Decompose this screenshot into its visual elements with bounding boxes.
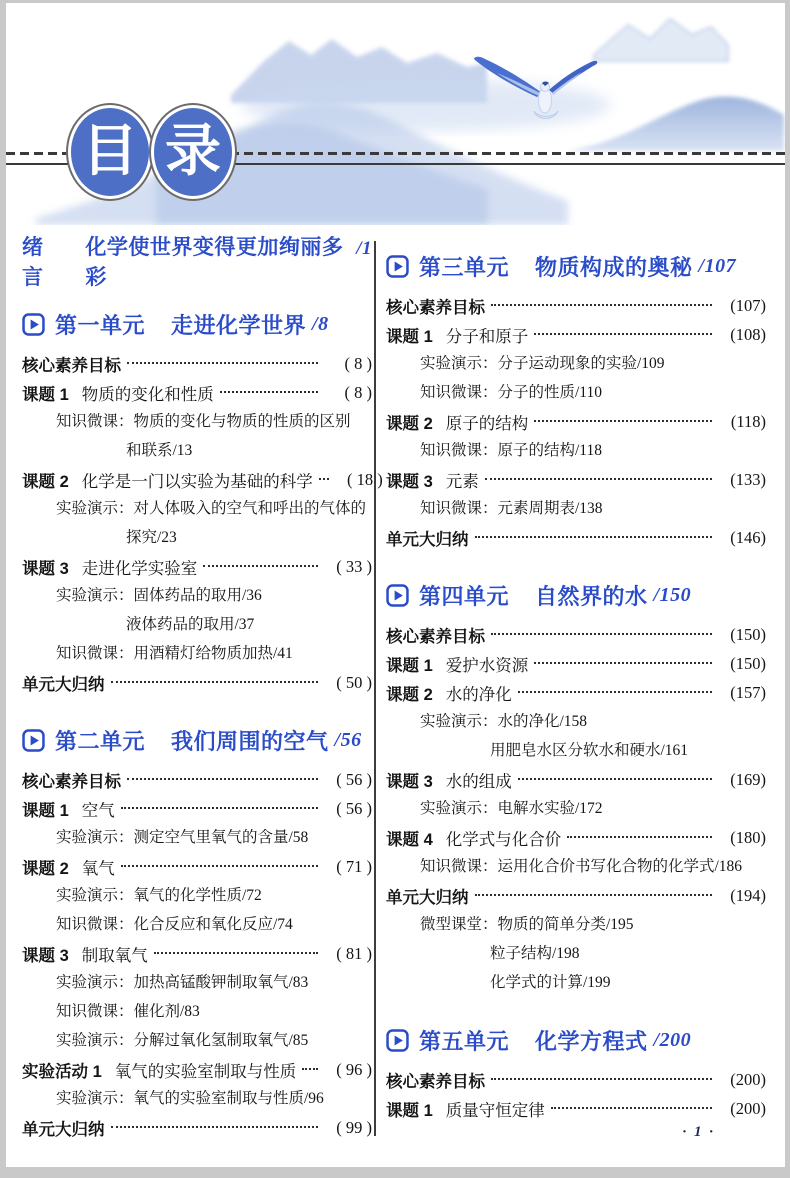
toc-sub-entry: 实验演示：水的净化/158 (386, 707, 766, 736)
entry-title: 化学是一门以实验为基础的科学 (82, 468, 313, 492)
entry-label: 核心素养目标 (22, 352, 121, 376)
entry-label: 课题 2 (22, 855, 69, 879)
toc-entry: 课题 1分子和原子(108) (386, 320, 766, 349)
toc-sub-entry: 知识微课：分子的性质/110 (386, 378, 766, 407)
dot-leader (475, 894, 713, 896)
intro-label: 绪言 (22, 231, 63, 291)
unit-title: 第一单元 (55, 309, 145, 340)
unit-page: /8 (312, 313, 329, 336)
dot-leader (518, 778, 712, 780)
toc-sub-entry: 知识微课：运用化合价书写化合物的化学式/186 (386, 852, 766, 881)
toc-sub-entry: 知识微课：元素周期表/138 (386, 494, 766, 523)
toc-sub-entry: 实验演示：对人体吸入的空气和呼出的气体的 (22, 494, 372, 523)
entry-label: 核心素养目标 (22, 768, 121, 792)
toc-sub-entry: 实验演示：氧气的化学性质/72 (22, 881, 372, 910)
dot-leader (491, 633, 712, 635)
entry-title: 物质的变化和性质 (82, 381, 214, 405)
entry-page: ( 96 ) (322, 1060, 372, 1080)
toc-entry: 核心素养目标(107) (386, 291, 766, 320)
entry-page: ( 56 ) (322, 799, 372, 819)
dot-leader (127, 362, 318, 364)
entry-page: ( 81 ) (322, 944, 372, 964)
unit-heading: 第一单元走进化学世界/8 (22, 307, 372, 341)
entry-label: 课题 1 (386, 652, 433, 676)
entry-page: (200) (716, 1099, 766, 1119)
dot-leader (518, 691, 712, 693)
intro-heading: 绪言化学使世界变得更加绚丽多彩/1 (22, 231, 372, 291)
toc-sub-entry: 知识微课：用酒精灯给物质加热/41 (22, 639, 372, 668)
entry-title: 氧气 (82, 855, 115, 879)
entry-label: 核心素养目标 (386, 623, 485, 647)
dot-leader (534, 333, 712, 335)
unit-title: 第三单元 (419, 251, 509, 282)
toc-sub-entry: 实验演示：氧气的实验室制取与性质/96 (22, 1084, 372, 1113)
dot-leader (551, 1107, 712, 1109)
toc-sub-entry: 知识微课：物质的变化与物质的性质的区别 (22, 407, 372, 436)
toc-sub-entry: 粒子结构/198 (386, 939, 766, 968)
entry-title: 制取氧气 (82, 942, 148, 966)
dot-leader (475, 536, 713, 538)
entry-label: 课题 3 (22, 555, 69, 579)
dot-leader (220, 391, 318, 393)
entry-page: (108) (716, 325, 766, 345)
entry-title: 空气 (82, 797, 115, 821)
entry-label: 课题 2 (386, 410, 433, 434)
dot-leader (485, 478, 712, 480)
entry-label: 课题 3 (22, 942, 69, 966)
entry-label: 实验活动 1 (22, 1058, 102, 1082)
unit-title: 第二单元 (55, 725, 145, 756)
entry-page: ( 8 ) (322, 354, 372, 374)
unit-heading: 第三单元物质构成的奥秘/107 (386, 249, 766, 283)
entry-title: 爱护水资源 (446, 652, 529, 676)
toc-entry: 课题 4化学式与化合价(180) (386, 823, 766, 852)
dot-leader (121, 807, 318, 809)
toc-entry: 课题 3水的组成(169) (386, 765, 766, 794)
logo-circle-2: 录 (149, 103, 237, 201)
toc-entry: 单元大归纳(194) (386, 881, 766, 910)
unit-play-icon (386, 1029, 409, 1052)
toc-entry: 课题 3元素(133) (386, 465, 766, 494)
entry-page: (169) (716, 770, 766, 790)
dot-leader (491, 1078, 712, 1080)
entry-label: 单元大归纳 (386, 526, 469, 550)
toc-sub-entry: 化学式的计算/199 (386, 968, 766, 997)
toc-sub-entry: 用肥皂水区分软水和硬水/161 (386, 736, 766, 765)
entry-label: 课题 3 (386, 468, 433, 492)
toc-sub-entry: 液体药品的取用/37 (22, 610, 372, 639)
entry-label: 课题 1 (22, 381, 69, 405)
dot-leader (154, 952, 318, 954)
dot-leader (111, 1126, 319, 1128)
toc-sub-entry: 知识微课：原子的结构/118 (386, 436, 766, 465)
toc-entry: 核心素养目标(200) (386, 1065, 766, 1094)
entry-page: (133) (716, 470, 766, 490)
dot-leader (302, 1068, 318, 1070)
entry-page: (107) (716, 296, 766, 316)
dot-leader (534, 420, 712, 422)
toc-sub-entry: 实验演示：固体药品的取用/36 (22, 581, 372, 610)
entry-label: 课题 2 (386, 681, 433, 705)
entry-page: ( 50 ) (322, 673, 372, 693)
toc-sub-entry: 实验演示：分解过氧化氢制取氧气/85 (22, 1026, 372, 1055)
entry-page: (146) (716, 528, 766, 548)
unit-subtitle: 自然界的水 (535, 580, 648, 611)
entry-title: 化学式与化合价 (446, 826, 562, 850)
unit-title: 第五单元 (419, 1025, 509, 1056)
entry-label: 单元大归纳 (22, 1116, 105, 1140)
entry-title: 水的净化 (446, 681, 512, 705)
entry-title: 走进化学实验室 (82, 555, 198, 579)
entry-label: 课题 4 (386, 826, 433, 850)
unit-subtitle: 化学方程式 (535, 1025, 648, 1056)
dot-leader (121, 865, 318, 867)
entry-title: 原子的结构 (446, 410, 529, 434)
entry-page: (150) (716, 654, 766, 674)
toc-entry: 课题 2氧气( 71 ) (22, 852, 372, 881)
toc-entry: 单元大归纳(146) (386, 523, 766, 552)
toc-entry: 课题 2化学是一门以实验为基础的科学( 18 ) (22, 465, 372, 494)
entry-label: 课题 3 (386, 768, 433, 792)
toc-column-right: 第三单元物质构成的奥秘/107核心素养目标(107)课题 1分子和原子(108)… (386, 223, 766, 1123)
toc-sub-entry: 和联系/13 (22, 436, 372, 465)
dot-leader (534, 662, 712, 664)
toc-logo: 目 录 (66, 103, 237, 201)
toc-entry: 课题 2原子的结构(118) (386, 407, 766, 436)
toc-entry: 实验活动 1氧气的实验室制取与性质( 96 ) (22, 1055, 372, 1084)
toc-column-left: 绪言化学使世界变得更加绚丽多彩/1第一单元走进化学世界/8核心素养目标( 8 )… (22, 223, 372, 1142)
unit-play-icon (386, 255, 409, 278)
toc-sub-entry: 实验演示：电解水实验/172 (386, 794, 766, 823)
far-peaks-shape (594, 19, 728, 61)
logo-char-mu: 目 (82, 124, 138, 180)
toc-entry: 单元大归纳( 99 ) (22, 1113, 372, 1142)
toc-entry: 课题 1空气( 56 ) (22, 794, 372, 823)
dot-leader (127, 778, 318, 780)
entry-page: (157) (716, 683, 766, 703)
unit-page: /107 (699, 255, 737, 278)
toc-entry: 课题 3制取氧气( 81 ) (22, 939, 372, 968)
toc-entry: 课题 1爱护水资源(150) (386, 649, 766, 678)
entry-page: (200) (716, 1070, 766, 1090)
intro-page: /1 (356, 238, 372, 260)
entry-title: 分子和原子 (446, 323, 529, 347)
unit-page: /56 (335, 729, 362, 752)
entry-page: (118) (716, 412, 766, 432)
unit-page: /150 (654, 584, 692, 607)
dot-leader (111, 681, 319, 683)
entry-label: 单元大归纳 (22, 671, 105, 695)
unit-heading: 第二单元我们周围的空气/56 (22, 723, 372, 757)
unit-heading: 第四单元自然界的水/150 (386, 578, 766, 612)
entry-page: ( 56 ) (322, 770, 372, 790)
toc-entry: 课题 2水的净化(157) (386, 678, 766, 707)
entry-page: ( 99 ) (322, 1118, 372, 1138)
toc-entry: 核心素养目标(150) (386, 620, 766, 649)
unit-play-icon (386, 584, 409, 607)
toc-sub-entry: 实验演示：分子运动现象的实验/109 (386, 349, 766, 378)
unit-page: /200 (654, 1029, 692, 1052)
toc-sub-entry: 实验演示：测定空气里氧气的含量/58 (22, 823, 372, 852)
toc-entry: 核心素养目标( 8 ) (22, 349, 372, 378)
toc-entry: 单元大归纳( 50 ) (22, 668, 372, 697)
entry-label: 课题 1 (22, 797, 69, 821)
unit-subtitle: 物质构成的奥秘 (535, 251, 693, 282)
entry-label: 单元大归纳 (386, 884, 469, 908)
entry-page: ( 8 ) (322, 383, 372, 403)
toc-entry: 课题 1物质的变化和性质( 8 ) (22, 378, 372, 407)
toc-entry: 课题 3走进化学实验室( 33 ) (22, 552, 372, 581)
toc-sub-entry: 知识微课：催化剂/83 (22, 997, 372, 1026)
entry-title: 元素 (446, 468, 479, 492)
entry-page: (150) (716, 625, 766, 645)
toc-entry: 核心素养目标( 56 ) (22, 765, 372, 794)
toc-sub-entry: 探究/23 (22, 523, 372, 552)
page-number: · 1 · (683, 1124, 716, 1141)
entry-title: 质量守恒定律 (446, 1097, 545, 1121)
entry-label: 核心素养目标 (386, 1068, 485, 1092)
column-divider (374, 241, 376, 1136)
entry-label: 课题 1 (386, 323, 433, 347)
unit-play-icon (22, 729, 45, 752)
entry-title: 水的组成 (446, 768, 512, 792)
entry-page: (194) (716, 886, 766, 906)
unit-subtitle: 走进化学世界 (171, 309, 306, 340)
entry-label: 课题 2 (22, 468, 69, 492)
toc-sub-entry: 微型课堂：物质的简单分类/195 (386, 910, 766, 939)
entry-label: 核心素养目标 (386, 294, 485, 318)
toc-sub-entry: 实验演示：加热高锰酸钾制取氧气/83 (22, 968, 372, 997)
entry-page: ( 71 ) (322, 857, 372, 877)
toc-entry: 课题 1质量守恒定律(200) (386, 1094, 766, 1123)
unit-play-icon (22, 313, 45, 336)
dot-leader (203, 565, 318, 567)
dot-leader (491, 304, 712, 306)
entry-title: 氧气的实验室制取与性质 (115, 1058, 297, 1082)
unit-heading: 第五单元化学方程式/200 (386, 1023, 766, 1057)
logo-circle-1: 目 (66, 103, 154, 201)
entry-label: 课题 1 (386, 1097, 433, 1121)
unit-title: 第四单元 (419, 580, 509, 611)
entry-page: ( 33 ) (322, 557, 372, 577)
toc-page: 目 录 绪言化学使世界变得更加绚丽多彩/1第一单元走进化学世界/8核心素养目标(… (6, 3, 785, 1167)
logo-char-lu: 录 (165, 124, 221, 180)
dot-leader (567, 836, 712, 838)
entry-page: (180) (716, 828, 766, 848)
toc-sub-entry: 知识微课：化合反应和氧化反应/74 (22, 910, 372, 939)
intro-title: 化学使世界变得更加绚丽多彩 (85, 231, 354, 291)
unit-subtitle: 我们周围的空气 (171, 725, 329, 756)
dot-leader (319, 478, 329, 480)
